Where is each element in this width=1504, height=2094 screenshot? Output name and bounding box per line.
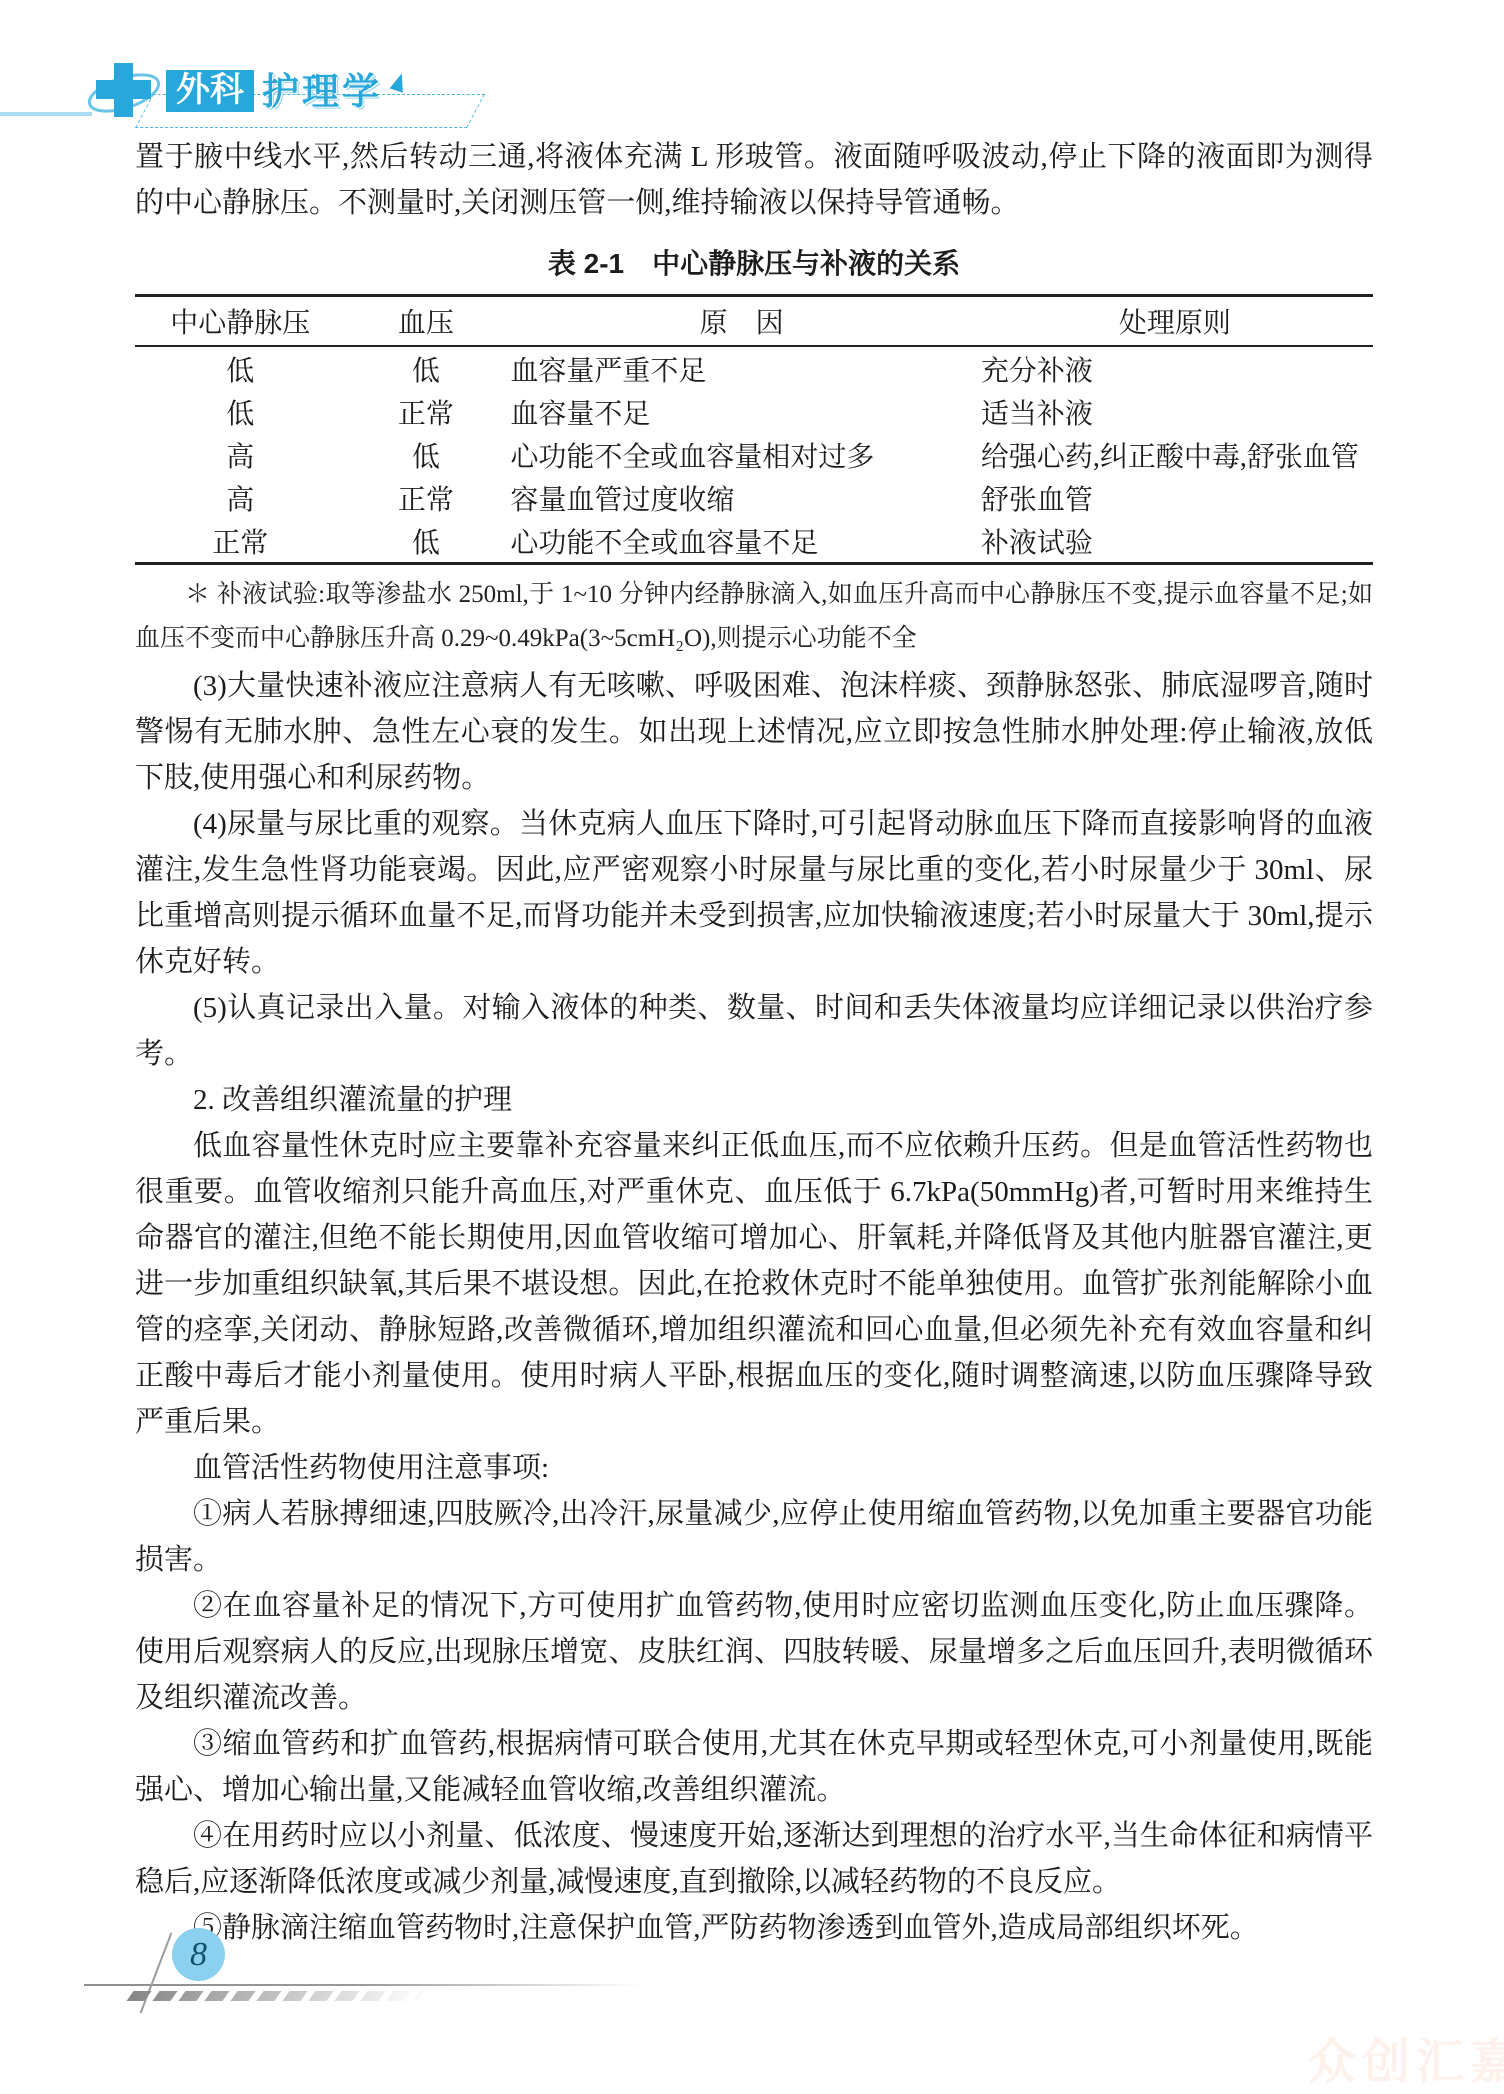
cell: 低 (345, 433, 506, 476)
cell: 容量血管过度收缩 (506, 476, 976, 519)
cell: 心功能不全或血容量相对过多 (506, 433, 976, 476)
col-header-cvp: 中心静脉压 (135, 296, 345, 347)
table-row: 正常 低 心功能不全或血容量不足 补液试验 (135, 519, 1373, 564)
footer-dashes-decoration (126, 1991, 423, 2001)
section-heading: 2. 改善组织灌流量的护理 (135, 1077, 1373, 1123)
watermark: 众创汇嘉 (1308, 2023, 1504, 2092)
col-header-bp: 血压 (345, 296, 506, 347)
footer-rule (84, 1984, 644, 1986)
cell: 适当补液 (977, 390, 1373, 433)
page-number-badge: 8 (172, 1928, 225, 1981)
intro-paragraph: 置于腋中线水平,然后转动三通,将液体充满 L 形玻管。液面随呼吸波动,停止下降的… (135, 134, 1373, 226)
table-caption: 表 2-1 中心静脉压与补液的关系 (135, 242, 1373, 282)
body-paragraph: ②在血容量补足的情况下,方可使用扩血管药物,使用时应密切监测血压变化,防止血压骤… (135, 1583, 1373, 1721)
col-header-cause: 原 因 (506, 296, 976, 347)
body-paragraph: ①病人若脉搏细速,四肢厥冷,出冷汗,尿量减少,应停止使用缩血管药物,以免加重主要… (135, 1491, 1373, 1583)
page-number: 8 (190, 1936, 207, 1974)
cell: 补液试验 (977, 519, 1373, 564)
logo-title-part2: 护理学 (262, 73, 382, 110)
body-paragraph: ③缩血管药和扩血管药,根据病情可联合使用,尤其在休克早期或轻型休克,可小剂量使用… (135, 1721, 1373, 1813)
table-footnote: ＊ 补液试验:取等渗盐水 250ml,于 1~10 分钟内经静脉滴入,如血压升高… (135, 573, 1373, 661)
body-paragraph: (3)大量快速补液应注意病人有无咳嗽、呼吸困难、泡沫样痰、颈静脉怒张、肺底湿啰音… (135, 663, 1373, 801)
body-paragraph: ⑤静脉滴注缩血管药物时,注意保护血管,严防药物渗透到血管外,造成局部组织坏死。 (135, 1905, 1373, 1951)
body-paragraph: (4)尿量与尿比重的观察。当休克病人血压下降时,可引起肾动脉血压下降而直接影响肾… (135, 801, 1373, 985)
table-row: 高 正常 容量血管过度收缩 舒张血管 (135, 476, 1373, 519)
cell: 舒张血管 (977, 476, 1373, 519)
cell: 正常 (345, 476, 506, 519)
table-row: 低 正常 血容量不足 适当补液 (135, 390, 1373, 433)
cell: 低 (135, 390, 345, 433)
cell: 血容量严重不足 (506, 346, 976, 390)
body-paragraph: ④在用药时应以小剂量、低浓度、慢速度开始,逐渐达到理想的治疗水平,当生命体征和病… (135, 1813, 1373, 1905)
cvp-table: 中心静脉压 血压 原 因 处理原则 低 低 血容量严重不足 充分补液 低 正常 … (135, 294, 1373, 565)
cell: 心功能不全或血容量不足 (506, 519, 976, 564)
cell: 给强心药,纠正酸中毒,舒张血管 (977, 433, 1373, 476)
table-header-row: 中心静脉压 血压 原 因 处理原则 (135, 296, 1373, 347)
col-header-principle: 处理原则 (977, 296, 1373, 347)
page-header: 外科 护理学 (86, 56, 406, 126)
cell: 正常 (345, 390, 506, 433)
table-row: 高 低 心功能不全或血容量相对过多 给强心药,纠正酸中毒,舒张血管 (135, 433, 1373, 476)
header-rule (0, 112, 92, 116)
logo-arrow-icon (390, 71, 409, 92)
cell: 血容量不足 (506, 390, 976, 433)
cell: 低 (345, 519, 506, 564)
body-paragraph: 低血容量性休克时应主要靠补充容量来纠正低血压,而不应依赖升压药。但是血管活性药物… (135, 1123, 1373, 1445)
logo-title-part1: 外科 (166, 70, 254, 112)
body-paragraph: 血管活性药物使用注意事项: (135, 1445, 1373, 1491)
cell: 低 (135, 346, 345, 390)
cell: 高 (135, 476, 345, 519)
cell: 高 (135, 433, 345, 476)
cell: 正常 (135, 519, 345, 564)
cell: 低 (345, 346, 506, 390)
page-content: 置于腋中线水平,然后转动三通,将液体充满 L 形玻管。液面随呼吸波动,停止下降的… (135, 134, 1373, 1951)
body-paragraph: (5)认真记录出入量。对输入液体的种类、数量、时间和丢失体液量均应详细记录以供治… (135, 985, 1373, 1077)
cell: 充分补液 (977, 346, 1373, 390)
table-row: 低 低 血容量严重不足 充分补液 (135, 346, 1373, 390)
